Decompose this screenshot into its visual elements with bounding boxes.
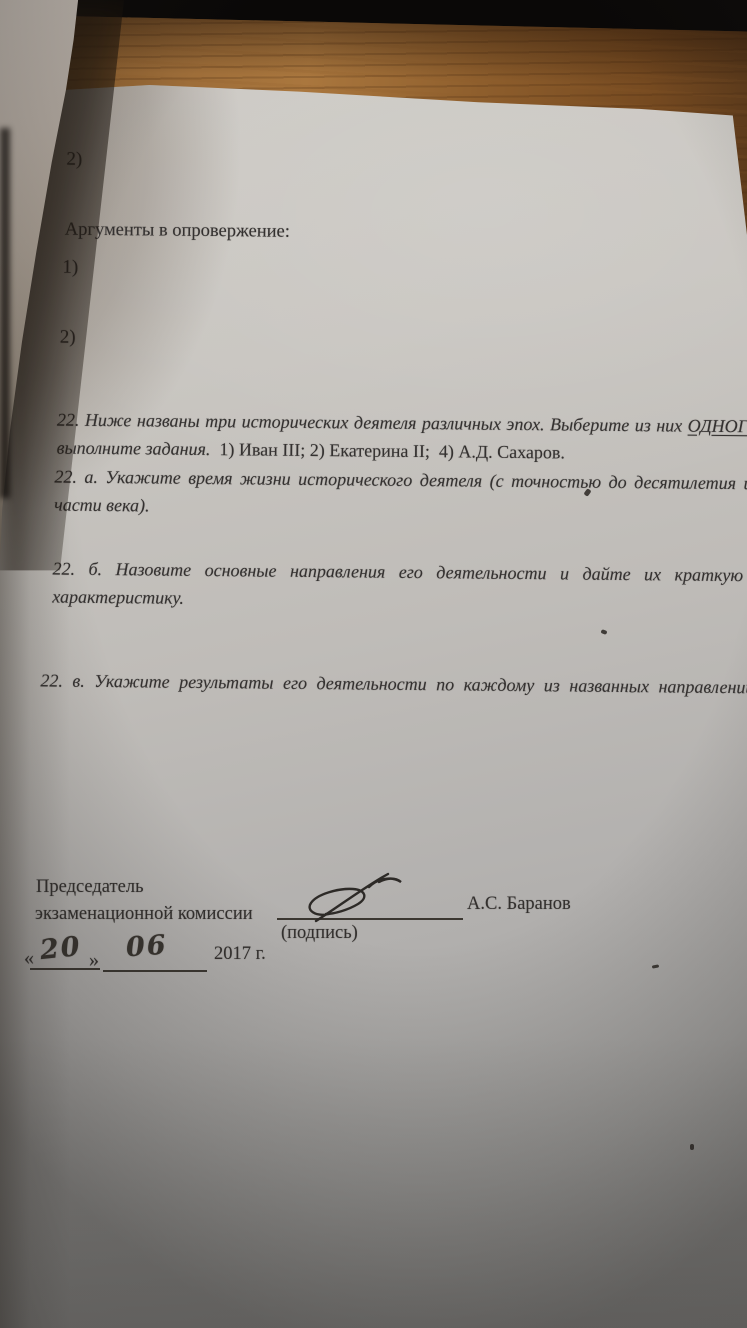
chairman-name: А.С. Баранов bbox=[467, 894, 571, 915]
chairman-role-line1: Председатель bbox=[36, 877, 144, 898]
date-close-quote: » bbox=[89, 949, 99, 972]
chairman-role-line2: экзаменационной комиссии bbox=[35, 904, 253, 925]
signature-footer: Председатель экзаменационной комиссии А.… bbox=[0, 0, 747, 1328]
signature-scribble bbox=[299, 870, 411, 926]
paper-speck bbox=[690, 1144, 694, 1150]
signature-caption: (подпись) bbox=[281, 923, 358, 944]
date-day-handwritten: 20 bbox=[38, 931, 83, 966]
date-month-handwritten: 06 bbox=[125, 930, 169, 964]
photo-scene: 2) Аргументы в опровержение: 1) 2) 22. Н… bbox=[0, 0, 747, 1328]
date-year: 2017 г. bbox=[214, 944, 266, 965]
page-curl-dark-edge bbox=[0, 128, 10, 498]
